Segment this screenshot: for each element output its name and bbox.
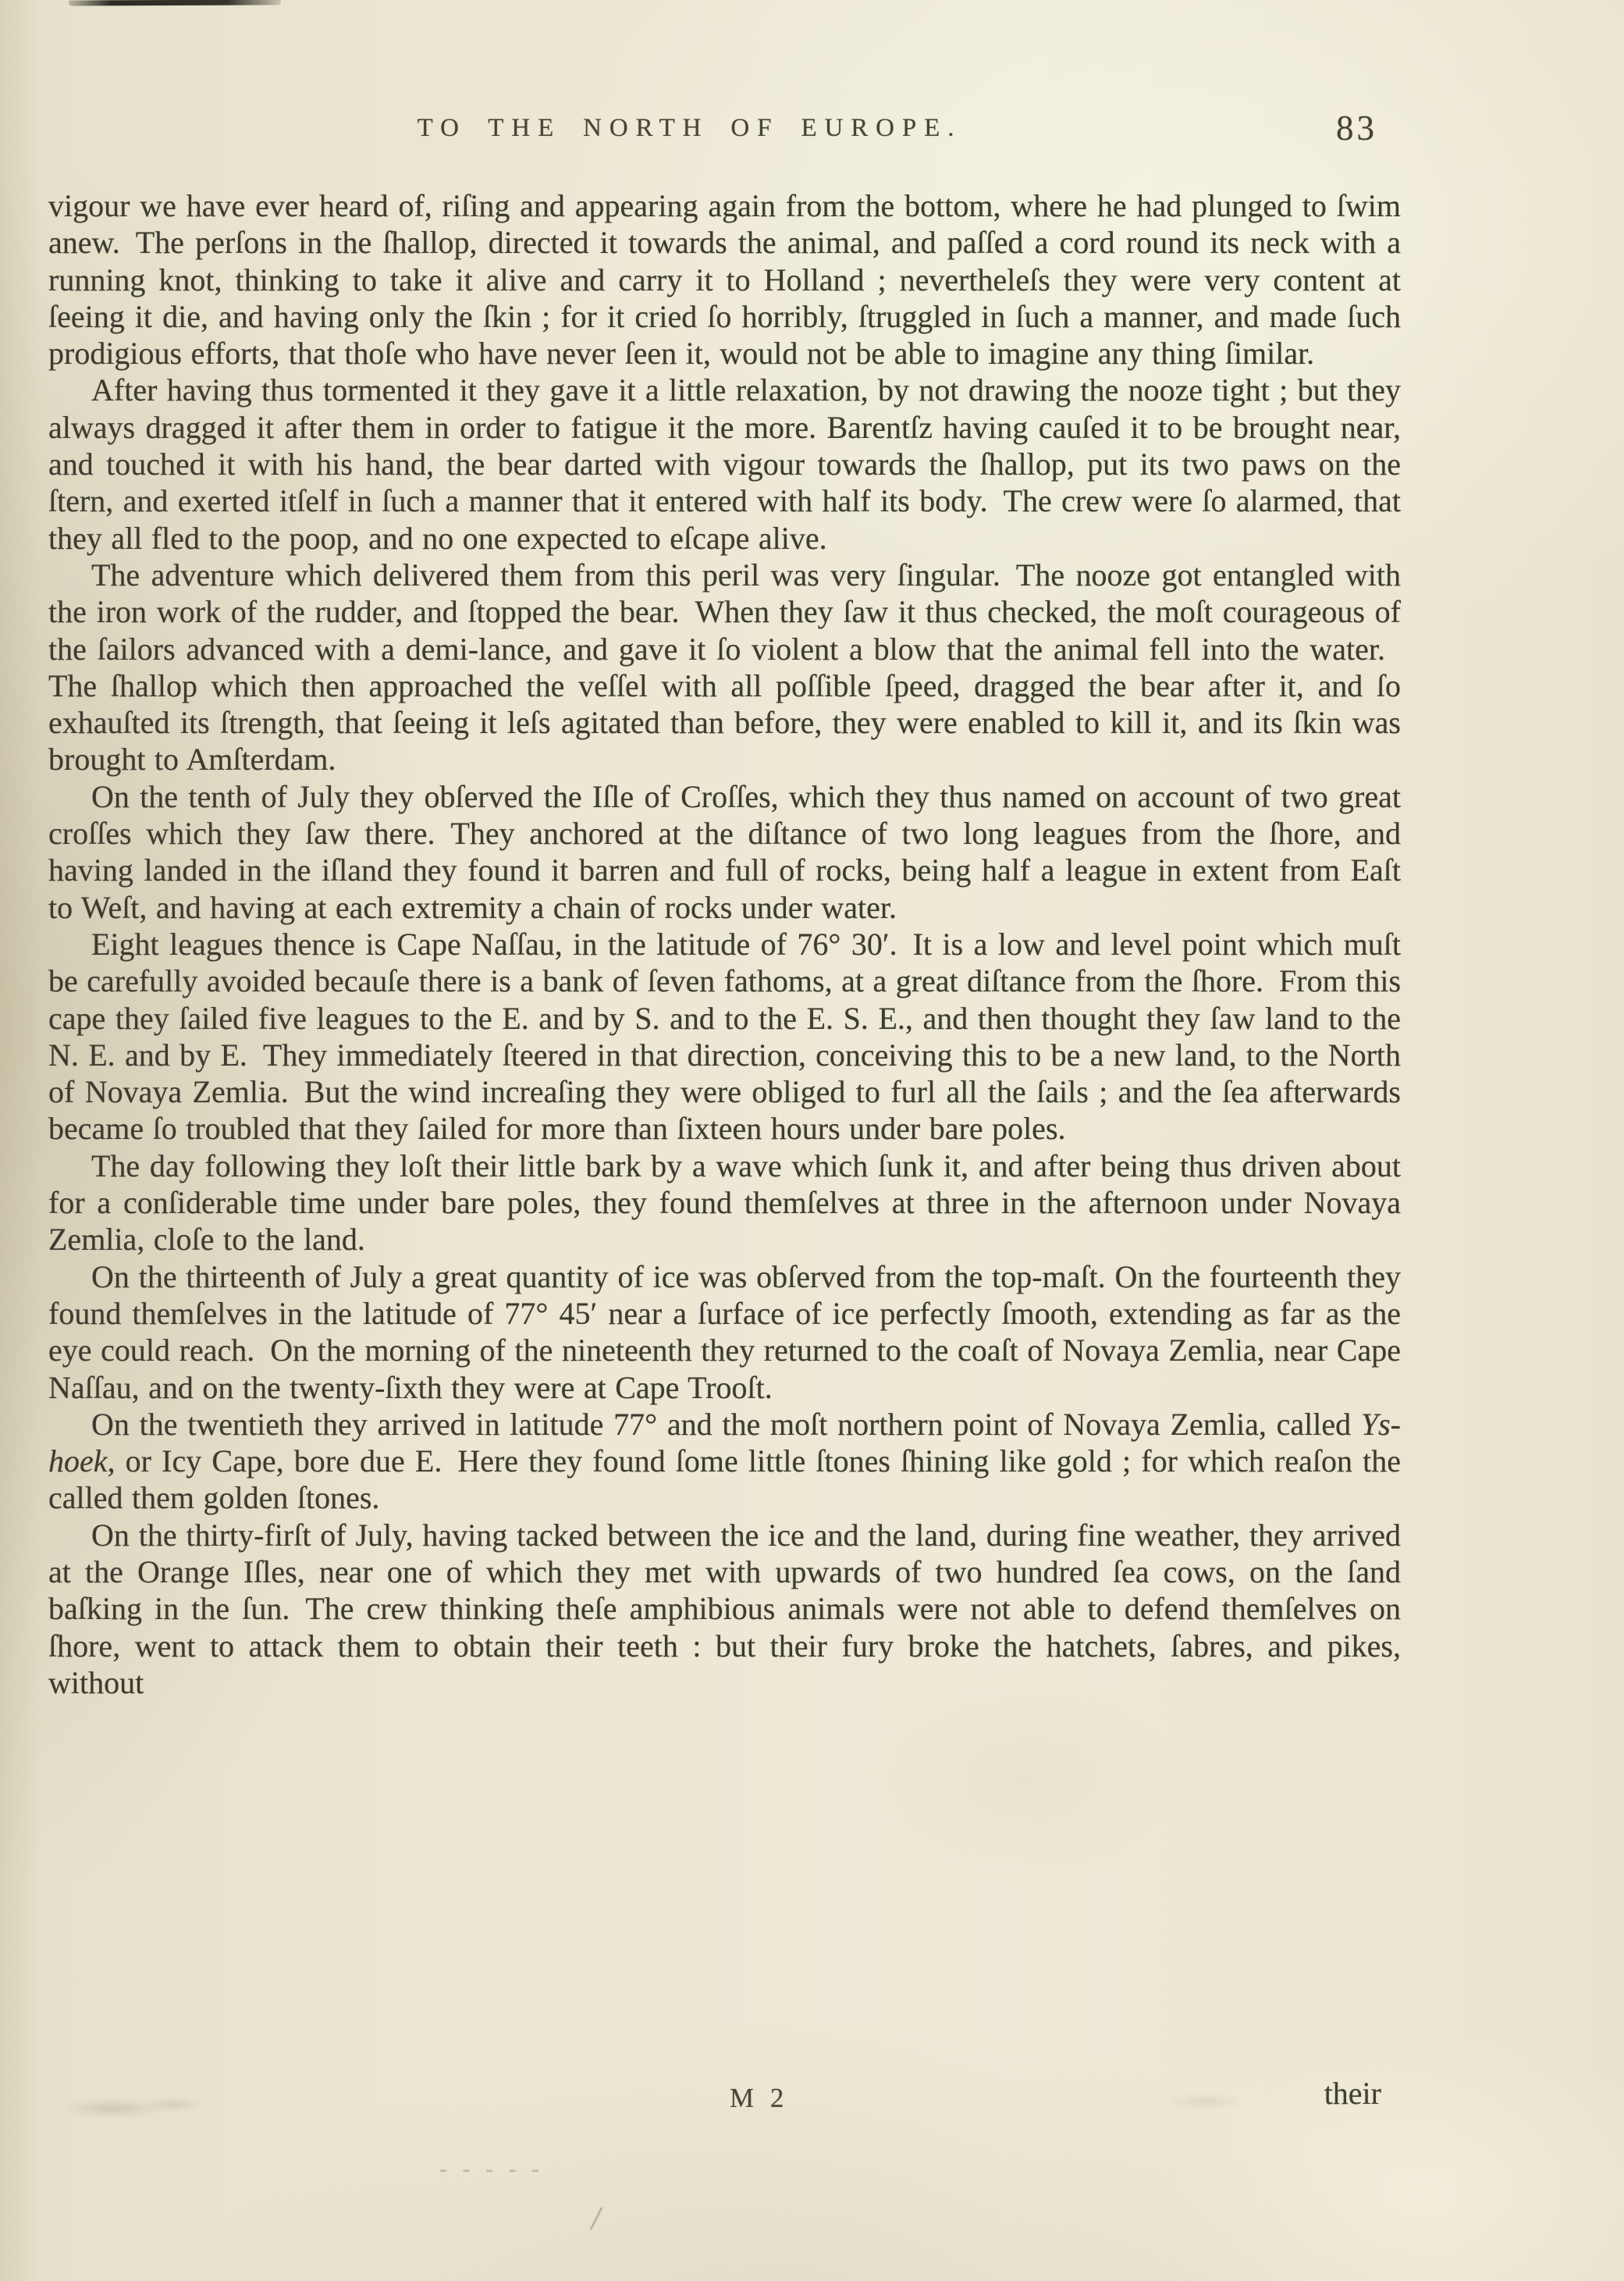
text-segment: The adventure which delivered them from … <box>48 557 1401 777</box>
text-block: vigour we have ever heard of, riſing and… <box>48 187 1401 1701</box>
text-segment: On the thirteenth of July a great quanti… <box>48 1259 1401 1405</box>
text-segment: On the twentieth they arrived in latitud… <box>91 1407 1361 1442</box>
paragraph: The adventure which delivered them from … <box>48 557 1401 778</box>
paragraph: After having thus tormented it they gave… <box>48 372 1401 556</box>
page-number: 83 <box>1336 108 1377 148</box>
paragraph: On the tenth of July they obſerved the I… <box>48 778 1401 926</box>
catchword: their <box>1324 2075 1381 2112</box>
text-segment: On the thirty-firſt of July, having tack… <box>48 1518 1401 1700</box>
text-segment: , or Icy Cape, bore due E. Here they fou… <box>48 1443 1401 1515</box>
text-segment: Eight leagues thence is Cape Naſſau, in … <box>48 927 1401 1146</box>
pencil-dash-mark: ‑ ‑ ‑ ‑ ‑ <box>439 2156 544 2183</box>
scanner-edge-artifact <box>69 0 281 6</box>
ink-smudge <box>1147 2086 1264 2117</box>
paragraph: On the thirteenth of July a great quanti… <box>48 1258 1401 1406</box>
text-segment: After having thus tormented it they gave… <box>48 372 1401 555</box>
paragraph: On the twentieth they arrived in latitud… <box>48 1406 1401 1517</box>
text-segment: On the tenth of July they obſerved the I… <box>48 779 1401 925</box>
stray-slash-mark: / <box>589 2197 604 2238</box>
ink-smudge <box>55 2091 203 2126</box>
paragraph: Eight leagues thence is Cape Naſſau, in … <box>48 926 1401 1148</box>
page-header: TO THE NORTH OF EUROPE. 83 <box>48 108 1401 155</box>
paragraph: On the thirty-firſt of July, having tack… <box>48 1517 1401 1701</box>
running-title: TO THE NORTH OF EUROPE. <box>13 114 1366 143</box>
paragraph: vigour we have ever heard of, riſing and… <box>48 187 1401 372</box>
book-page-scan: TO THE NORTH OF EUROPE. 83 vigour we hav… <box>0 0 1624 2281</box>
signature-mark: M 2 <box>730 2083 788 2114</box>
paragraph: The day following they loſt their little… <box>48 1148 1401 1258</box>
text-segment: The day following they loſt their little… <box>48 1148 1401 1258</box>
text-segment: vigour we have ever heard of, riſing and… <box>48 188 1401 371</box>
